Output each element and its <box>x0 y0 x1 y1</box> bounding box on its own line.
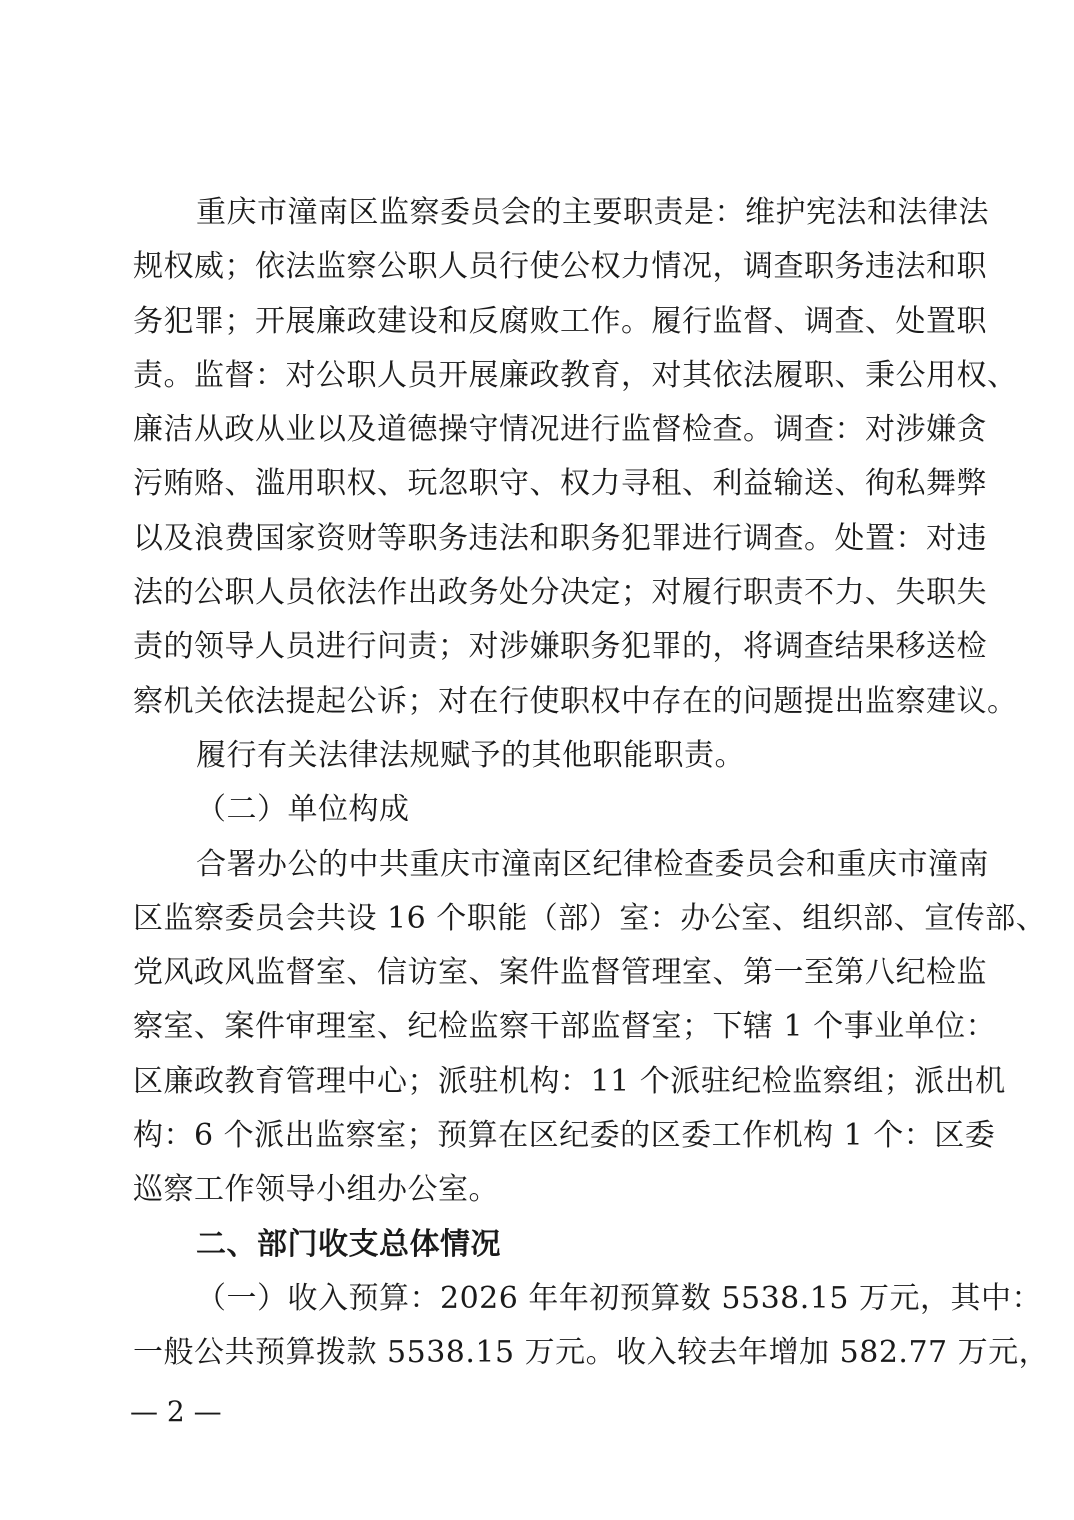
text-line: 以及浪费国家资财等职务违法和职务犯罪进行调查。处置：对违 <box>133 512 945 566</box>
text-line: 区监察委员会共设 16 个职能（部）室：办公室、组织部、宣传部、 <box>133 892 945 946</box>
text-line: 责。监督：对公职人员开展廉政教育，对其依法履职、秉公用权、 <box>133 349 945 403</box>
text-line: 构：6 个派出监察室；预算在区纪委的区委工作机构 1 个：区委 <box>133 1109 945 1163</box>
text-line: （二）单位构成 <box>133 783 945 837</box>
text-line: （一）收入预算：2026 年年初预算数 5538.15 万元，其中： <box>133 1272 945 1326</box>
text-line: 巡察工作领导小组办公室。 <box>133 1163 945 1217</box>
section-heading: 二、部门收支总体情况 <box>133 1218 945 1272</box>
document-page: 重庆市潼南区监察委员会的主要职责是：维护宪法和法律法规权威；依法监察公职人员行使… <box>0 0 1074 1520</box>
text-line: 规权威；依法监察公职人员行使公权力情况，调查职务违法和职 <box>133 240 945 294</box>
text-line: 履行有关法律法规赋予的其他职能职责。 <box>133 729 945 783</box>
text-line: 务犯罪；开展廉政建设和反腐败工作。履行监督、调查、处置职 <box>133 295 945 349</box>
text-line: 一般公共预算拨款 5538.15 万元。收入较去年增加 582.77 万元， <box>133 1326 945 1380</box>
text-line: 责的领导人员进行问责；对涉嫌职务犯罪的，将调查结果移送检 <box>133 620 945 674</box>
text-line: 合署办公的中共重庆市潼南区纪律检查委员会和重庆市潼南 <box>133 838 945 892</box>
page-number: — 2 — <box>130 1395 222 1428</box>
text-line: 党风政风监督室、信访室、案件监督管理室、第一至第八纪检监 <box>133 946 945 1000</box>
text-line: 察室、案件审理室、纪检监察干部监督室；下辖 1 个事业单位： <box>133 1000 945 1054</box>
body-text: 重庆市潼南区监察委员会的主要职责是：维护宪法和法律法规权威；依法监察公职人员行使… <box>133 186 945 1381</box>
text-line: 重庆市潼南区监察委员会的主要职责是：维护宪法和法律法 <box>133 186 945 240</box>
text-line: 察机关依法提起公诉；对在行使职权中存在的问题提出监察建议。 <box>133 675 945 729</box>
text-line: 法的公职人员依法作出政务处分决定；对履行职责不力、失职失 <box>133 566 945 620</box>
text-line: 区廉政教育管理中心；派驻机构：11 个派驻纪检监察组；派出机 <box>133 1055 945 1109</box>
text-line: 污贿赂、滥用职权、玩忽职守、权力寻租、利益输送、徇私舞弊 <box>133 457 945 511</box>
text-line: 廉洁从政从业以及道德操守情况进行监督检查。调查：对涉嫌贪 <box>133 403 945 457</box>
